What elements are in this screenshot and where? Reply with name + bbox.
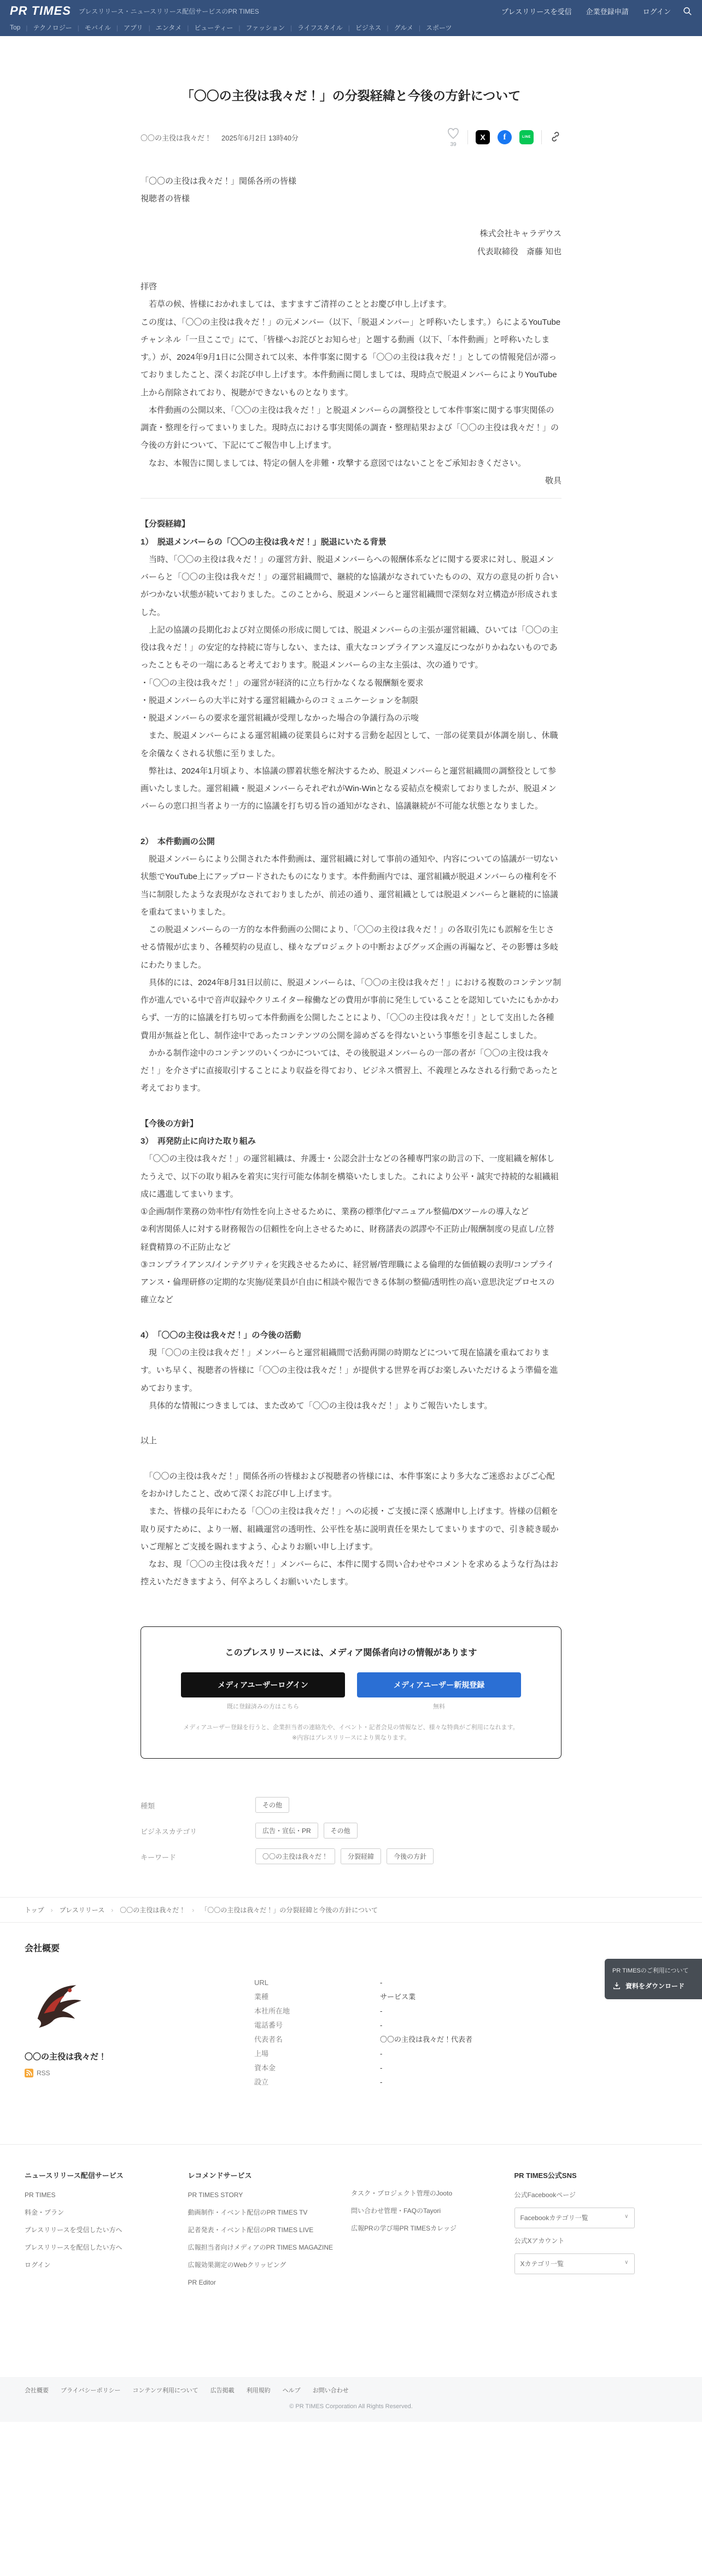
breadcrumb-item[interactable]: プレスリリース [44, 1905, 105, 1915]
body-paragraph: なお、現「〇〇の主役は我々だ！」メンバーらに、本件に関する問い合わせやコメントを… [141, 1556, 561, 1591]
company-logo [25, 1974, 89, 2038]
pr-times-logo[interactable]: PR TIMES [10, 4, 71, 18]
footer-link[interactable]: PR TIMES STORY [188, 2190, 335, 2200]
footer-sns-link[interactable]: 公式Xアカウント [514, 2236, 662, 2246]
nav-category-link[interactable]: ライフスタイル [285, 23, 343, 32]
body-paragraph: 具体的な情報につきましては、また改めて「〇〇の主役は我々だ！」よりご報告いたしま… [141, 1397, 561, 1415]
footer-sns-link[interactable]: Xカテゴリ一覧 [514, 2253, 635, 2274]
nav-category-link[interactable]: ビューティー [182, 23, 233, 32]
x-share-icon[interactable]: X [476, 130, 490, 144]
tag-pill[interactable]: 分裂経緯 [341, 1848, 381, 1864]
page-title: 「〇〇の主役は我々だ！」の分裂経緯と今後の方針について [141, 86, 561, 106]
body-paragraph: 若草の候、皆様におかれましては、ますますご清祥のこととお慶び申し上げます。 [141, 296, 561, 313]
tag-pill[interactable]: その他 [324, 1823, 358, 1839]
body-paragraph: 拝啓 [141, 278, 561, 296]
bottom-bar: 会社概要プライバシーポリシーコンテンツ利用について広告掲載利用規約ヘルプお問い合… [0, 2377, 702, 2422]
bottom-bar-link[interactable]: 会社概要 [25, 2386, 49, 2394]
company-info-row: 資本金 - [254, 2061, 677, 2075]
body-paragraph: 敬具 [141, 472, 561, 490]
share-toolbar: 39 X f LINE [447, 127, 561, 148]
tag-pill[interactable]: 今後の方針 [387, 1848, 434, 1864]
breadcrumb-item[interactable]: 「〇〇の主役は我々だ！」の分裂経緯と今後の方針について [185, 1905, 378, 1915]
tag-category-label: ビジネスカテゴリ [141, 1823, 255, 1836]
tags-section: 種類 その他 ビジネスカテゴリ 広告・宣伝・PRその他 キーワード 〇〇の主役は… [141, 1797, 561, 1864]
nav-category-link[interactable]: ビジネス [343, 23, 382, 32]
body-paragraph: 「〇〇の主役は我々だ！」関係各所の皆様および視聴者の皆様には、本件事案により多大… [141, 1468, 561, 1503]
download-icon [612, 1981, 621, 1990]
footer-sns-link[interactable]: 公式Facebookページ [514, 2190, 662, 2200]
release-body: 「〇〇の主役は我々だ！」関係各所の皆様視聴者の皆様株式会社キャラデウス代表取締役… [141, 173, 561, 1591]
media-box-title: このプレスリリースには、メディア関係者向けの情報があります [174, 1646, 528, 1658]
bottom-bar-link[interactable]: ヘルプ [283, 2386, 301, 2394]
body-paragraph [141, 816, 561, 833]
nav-category-link[interactable]: グルメ [382, 23, 413, 32]
media-box-note: メディアユーザー登録を行うと、企業担当者の連絡先や、イベント・記者会見の情報など… [174, 1723, 528, 1744]
footer-link[interactable]: ログイン [25, 2260, 172, 2270]
footer-link[interactable]: 料金・プラン [25, 2208, 172, 2217]
tag-pill[interactable]: 〇〇の主役は我々だ！ [255, 1848, 335, 1864]
press-release-main: 「〇〇の主役は我々だ！」の分裂経緯と今後の方針について 〇〇の主役は我々だ！ 2… [141, 86, 561, 1864]
nav-category-link[interactable]: アプリ [111, 23, 143, 32]
header-links: プレスリリースを受信企業登録申請ログイン [501, 6, 671, 16]
body-paragraph: 代表取締役 斎藤 知也 [141, 243, 561, 261]
nav-category-link[interactable]: Top [10, 24, 20, 31]
footer-link[interactable]: 問い合わせ管理・FAQのTayori [351, 2206, 498, 2216]
footer-link[interactable]: PR Editor [188, 2278, 335, 2287]
heart-icon [447, 127, 460, 140]
copy-link-icon[interactable] [549, 131, 561, 144]
company-link[interactable]: 〇〇の主役は我々だ！ [141, 132, 212, 143]
body-paragraph [141, 1098, 561, 1115]
body-paragraph [141, 1309, 561, 1327]
body-paragraph: 本件動画の公開以来、「〇〇の主役は我々だ！」と脱退メンバーらの調整役として本件事… [141, 402, 561, 455]
body-paragraph [141, 498, 561, 516]
promo-text: PR TIMESのご利用について [612, 1966, 694, 1976]
body-paragraph: 具体的には、2024年8月31日以前に、脱退メンバーらは、「〇〇の主役は我々だ！… [141, 974, 561, 1045]
media-user-box: このプレスリリースには、メディア関係者向けの情報があります メディアユーザーログ… [141, 1626, 561, 1759]
footer-link[interactable]: プレスリリースを受信したい方へ [25, 2225, 172, 2235]
footer-link[interactable]: タスク・プロジェクト管理のJooto [351, 2188, 498, 2198]
header-link[interactable]: ログイン [643, 6, 671, 16]
body-paragraph: 4） 「〇〇の主役は我々だ！」の今後の活動 [141, 1327, 561, 1344]
rss-link[interactable]: RSS [25, 2069, 50, 2077]
company-info-row: 上場 - [254, 2047, 677, 2061]
body-paragraph: 2） 本件動画の公開 [141, 833, 561, 851]
rss-icon [25, 2069, 33, 2077]
like-button[interactable]: 39 [447, 127, 460, 148]
body-paragraph: 上記の協議の長期化および対立関係の形成に関しては、脱退メンバーらの主張が運営組織… [141, 622, 561, 675]
like-count: 39 [450, 142, 456, 148]
company-profile-section: 会社概要 〇〇の主役は我々だ！ RSS URL - 業種 [0, 1923, 702, 2111]
footer-link[interactable]: 動画制作・イベント配信のPR TIMES TV [188, 2208, 335, 2217]
pr-times-promo-widget: PR TIMESのご利用について 資料をダウンロード [605, 1959, 702, 1999]
site-tagline: プレスリリース・ニュースリリース配信サービスのPR TIMES [79, 7, 501, 16]
tag-keyword-label: キーワード [141, 1848, 255, 1862]
body-paragraph [141, 208, 561, 225]
nav-category-link[interactable]: モバイル [72, 23, 111, 32]
body-paragraph: 株式会社キャラデウス [141, 225, 561, 243]
footer-column-header [351, 2170, 498, 2179]
footer-link[interactable]: PR TIMES [25, 2190, 172, 2200]
media-user-register-button[interactable]: メディアユーザー新規登録 [357, 1672, 521, 1697]
divider [541, 130, 542, 144]
bottom-bar-link[interactable]: お問い合わせ [313, 2386, 349, 2394]
bottom-bar-link[interactable]: 広告掲載 [210, 2386, 235, 2394]
breadcrumb-item[interactable]: トップ [25, 1905, 44, 1915]
footer-column-header: PR TIMES公式SNS [514, 2170, 662, 2180]
body-paragraph: 1） 脱退メンバーらの「〇〇の主役は我々だ！」脱退にいたる背景 [141, 534, 561, 551]
nav-category-link[interactable]: テクノロジー [20, 23, 72, 32]
body-paragraph: ③コンプライアンス/インテグリティを実践させるために、経営層/管理職による倫理的… [141, 1256, 561, 1309]
site-header: PR TIMES プレスリリース・ニュースリリース配信サービスのPR TIMES… [0, 0, 702, 36]
company-name: 〇〇の主役は我々だ！ [25, 2051, 254, 2062]
breadcrumb-band: トッププレスリリース〇〇の主役は我々だ！「〇〇の主役は我々だ！」の分裂経緯と今後… [0, 1897, 702, 1923]
body-paragraph: 脱退メンバーらにより公開された本件動画は、運営組織に対して事前の通知や、内容につ… [141, 851, 561, 921]
company-info-row: 代表者名 〇〇の主役は我々だ！代表者 [254, 2033, 677, 2047]
header-link[interactable]: プレスリリースを受信 [501, 6, 571, 16]
footer-link[interactable]: 記者発表・イベント配信のPR TIMES LIVE [188, 2225, 335, 2235]
body-paragraph [141, 261, 561, 278]
body-paragraph: 【分裂経緯】 [141, 516, 561, 533]
bottom-bar-link[interactable]: プライバシーポリシー [61, 2386, 120, 2394]
body-paragraph [141, 1415, 561, 1432]
byline: 〇〇の主役は我々だ！ 2025年6月2日 13時40分 39 X f LINE [141, 127, 561, 148]
body-paragraph: 視聴者の皆様 [141, 190, 561, 208]
body-paragraph: また、皆様の長年にわたる「〇〇の主役は我々だ！」への応援・ご支援に深く感謝申し上… [141, 1503, 561, 1556]
body-paragraph: なお、本報告に関しましては、特定の個人を非難・攻撃する意図ではないことをご承知お… [141, 455, 561, 472]
tag-pill[interactable]: 広告・宣伝・PR [255, 1823, 318, 1839]
body-paragraph: この度は、「〇〇の主役は我々だ！」の元メンバー（以下、「脱退メンバー」と呼称いた… [141, 314, 561, 402]
company-info-row: 電話番号 - [254, 2018, 677, 2033]
divider [467, 130, 468, 144]
body-paragraph: 当時、「〇〇の主役は我々だ！」の運営方針、脱退メンバーらへの報酬体系などに関する… [141, 551, 561, 622]
footer-sns-link[interactable]: Facebookカテゴリ一覧 [514, 2208, 635, 2228]
nav-category-link[interactable]: ファッション [233, 23, 285, 32]
body-paragraph: 弊社は、2024年1月頃より、本協議の膠着状態を解決するため、脱退メンバーらと運… [141, 763, 561, 816]
footer-link[interactable]: プレスリリースを配信したい方へ [25, 2243, 172, 2252]
body-paragraph: 【今後の方針】 [141, 1115, 561, 1133]
site-footer: ニュースリリース配信サービス PR TIMES料金・プランプレスリリースを受信し… [0, 2144, 702, 2339]
body-paragraph [141, 1450, 561, 1468]
body-paragraph: 「〇〇の主役は我々だ！」の運営組織は、弁護士・公認会計士などの各種専門家の助言の… [141, 1150, 561, 1203]
body-paragraph: この脱退メンバーらの一方的な本件動画の公開により、「〇〇の主役は我々だ！」の各取… [141, 921, 561, 974]
body-paragraph: ・脱退メンバーらの要求を運営組織が受理しなかった場合の争議行為の示唆 [141, 710, 561, 727]
bottom-bar-link[interactable]: 利用規約 [247, 2386, 271, 2394]
line-share-icon[interactable]: LINE [519, 130, 534, 144]
body-paragraph: 以上 [141, 1432, 561, 1450]
nav-category-link[interactable]: エンタメ [143, 23, 182, 32]
breadcrumb: トッププレスリリース〇〇の主役は我々だ！「〇〇の主役は我々だ！」の分裂経緯と今後… [0, 1898, 702, 1922]
body-paragraph: ①企画/制作業務の効率性/有効性を向上させるために、業務の標準化/マニュアル整備… [141, 1203, 561, 1221]
publish-datetime: 2025年6月2日 13時40分 [221, 132, 299, 143]
copyright: © PR TIMES Corporation All Rights Reserv… [25, 2403, 677, 2410]
footer-link[interactable]: 広報PRの学び場PR TIMESカレッジ [351, 2223, 498, 2233]
category-nav: Topテクノロジーモバイルアプリエンタメビューティーファッションライフスタイルビ… [0, 22, 702, 36]
breadcrumb-item[interactable]: 〇〇の主役は我々だ！ [104, 1905, 185, 1915]
body-paragraph: ・「〇〇の主役は我々だ！」の運営が経済的に立ち行かなくなる報酬額を要求 [141, 675, 561, 692]
body-paragraph: 現「〇〇の主役は我々だ！」メンバーらと運営組織間で活動再開の時期などについて現在… [141, 1344, 561, 1397]
login-caption: 既に登録済みの方はこちら [181, 1702, 345, 1711]
body-paragraph: 3） 再発防止に向けた取り組み [141, 1133, 561, 1150]
company-info-row: 本社所在地 - [254, 2004, 677, 2018]
download-materials-button[interactable]: 資料をダウンロード [612, 1981, 694, 1990]
footer-link[interactable]: 広報担当者向けメディアのPR TIMES MAGAZINE [188, 2243, 335, 2252]
body-paragraph: ②利害関係人に対する財務報告の信頼性を向上させるために、財務諸表の誤謬や不正防止… [141, 1221, 561, 1256]
body-paragraph: かかる制作途中のコンテンツのいくつかについては、その後脱退メンバーらの一部の者が… [141, 1045, 561, 1098]
tag-pill[interactable]: その他 [255, 1797, 289, 1813]
search-icon[interactable] [683, 7, 692, 16]
footer-column-header: ニュースリリース配信サービス [25, 2170, 172, 2180]
company-profile-heading: 会社概要 [25, 1941, 677, 1954]
media-user-login-button[interactable]: メディアユーザーログイン [181, 1672, 345, 1697]
footer-link[interactable]: 広報効果測定のWebクリッピング [188, 2260, 335, 2270]
body-paragraph: また、脱退メンバーらによる運営組織の従業員らに対する言動を起因として、一部の従業… [141, 727, 561, 763]
header-link[interactable]: 企業登録申請 [586, 6, 629, 16]
body-paragraph: ・脱退メンバーらの大半に対する運営組織からのコミュニケーションを制限 [141, 692, 561, 710]
footer-column-header: レコメンドサービス [188, 2170, 335, 2180]
register-caption: 無料 [357, 1702, 521, 1711]
body-paragraph: 「〇〇の主役は我々だ！」関係各所の皆様 [141, 173, 561, 190]
nav-category-link[interactable]: スポーツ [413, 23, 452, 32]
tag-type-label: 種類 [141, 1797, 255, 1811]
company-info-row: 設立 - [254, 2075, 677, 2089]
bottom-bar-link[interactable]: コンテンツ利用について [132, 2386, 198, 2394]
facebook-share-icon[interactable]: f [498, 130, 512, 144]
